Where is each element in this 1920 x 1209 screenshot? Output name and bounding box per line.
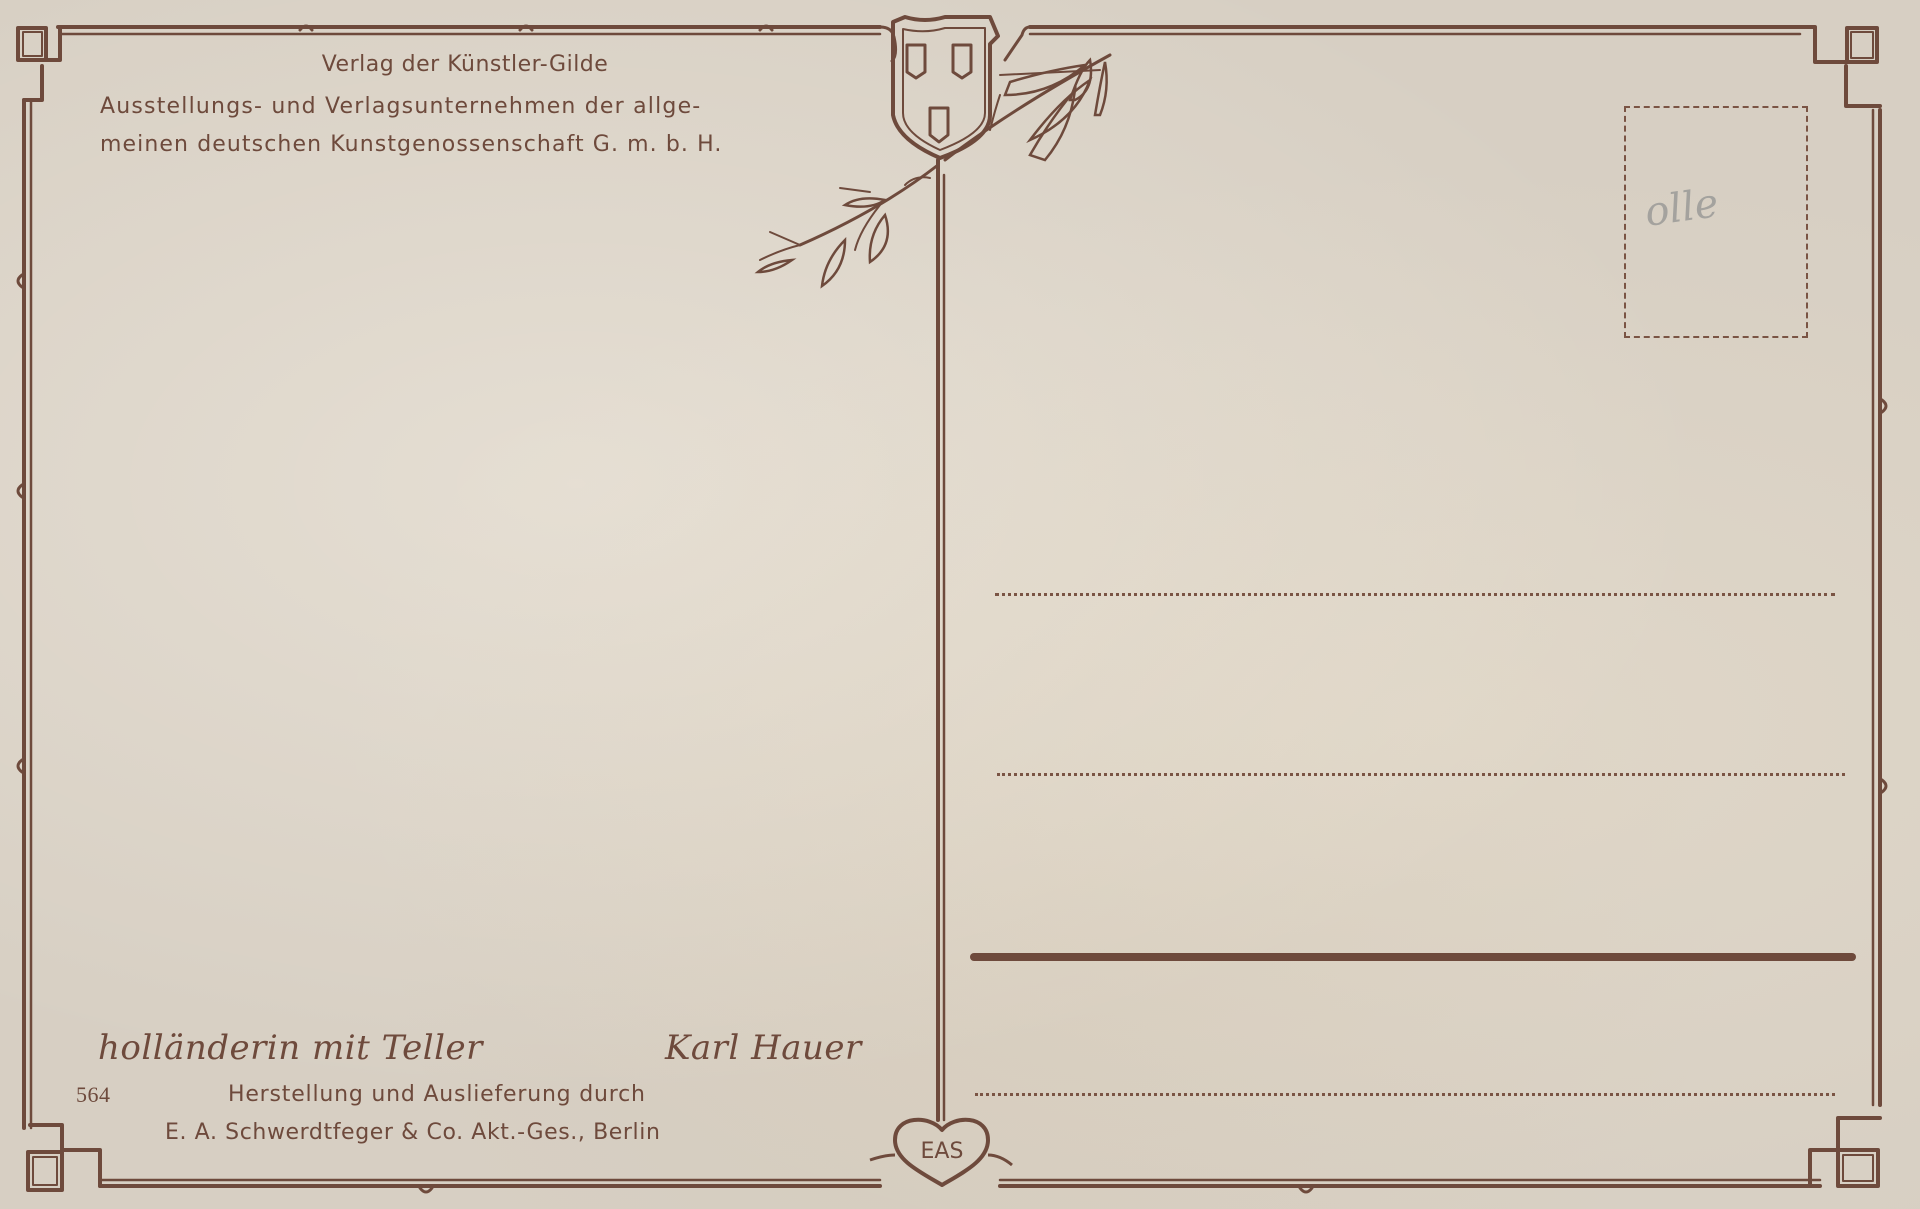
card-number: 564 — [76, 1082, 111, 1108]
publisher-name: Verlag der Künstler-Gilde — [0, 52, 900, 77]
address-line-1 — [995, 593, 1835, 596]
address-line-2 — [997, 773, 1845, 776]
eas-monogram: EAS — [921, 1139, 964, 1164]
address-line-4 — [975, 1093, 1835, 1096]
manufacturer-line2: E. A. Schwerdtfeger & Co. Akt.-Ges., Ber… — [165, 1120, 661, 1145]
branch-decoration-icon — [758, 55, 1110, 286]
publisher-description-line2: meinen deutschen Kunstgenossenschaft G. … — [100, 132, 722, 157]
crest-shield-icon — [893, 17, 998, 158]
artwork-title: holländerin mit Teller — [98, 1028, 483, 1068]
artist-name: Karl Hauer — [665, 1028, 862, 1068]
manufacturer-line1: Herstellung und Auslieferung durch — [228, 1082, 646, 1107]
publisher-description-line1: Ausstellungs- und Verlagsunternehmen der… — [100, 94, 701, 119]
address-line-3 — [970, 953, 1856, 961]
